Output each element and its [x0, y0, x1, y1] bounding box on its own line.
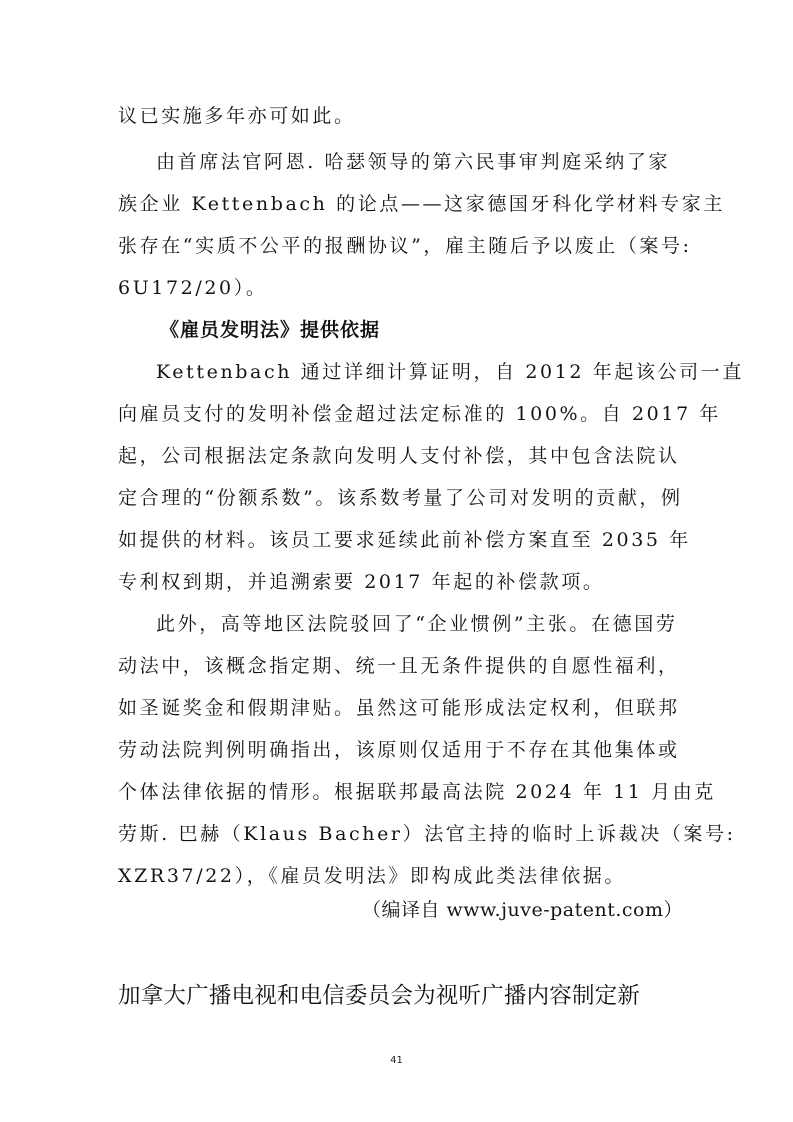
document-page: 议已实施多年亦可如此。 由首席法官阿恩. 哈瑟领导的第六民事审判庭采纳了家 族企… — [0, 0, 793, 1122]
paragraph-line: 专利权到期，并追溯索要 2017 年起的补偿款项。 — [118, 569, 686, 595]
paragraph-line: 此外，高等地区法院驳回了“企业惯例”主张。在德国劳 — [156, 611, 686, 637]
paragraph-line: Kettenbach 通过详细计算证明，自 2012 年起该公司一直 — [156, 359, 686, 385]
paragraph-line: 向雇员支付的发明补偿金超过法定标准的 100%。自 2017 年 — [118, 401, 686, 427]
paragraph-line: 如圣诞奖金和假期津贴。虽然这可能形成法定权利，但联邦 — [118, 695, 686, 721]
paragraph-line: 劳斯. 巴赫（Klaus Bacher）法官主持的临时上诉裁决（案号: — [118, 821, 686, 847]
paragraph-line: 族企业 Kettenbach 的论点——这家德国牙科化学材料专家主 — [118, 191, 686, 217]
paragraph-line: 议已实施多年亦可如此。 — [118, 103, 686, 129]
paragraph-line: 6U172/20）。 — [118, 275, 686, 301]
paragraph-line: XZR37/22），《雇员发明法》即构成此类法律依据。 — [118, 863, 686, 889]
page-number: 41 — [0, 1055, 793, 1066]
next-article-title: 加拿大广播电视和电信委员会为视听广播内容制定新 — [118, 981, 640, 1011]
source-note: （编译自 www.juve-patent.com） — [362, 897, 683, 923]
paragraph-line: 个体法律依据的情形。根据联邦最高法院 2024 年 11 月由克 — [118, 779, 686, 805]
paragraph-line: 如提供的材料。该员工要求延续此前补偿方案直至 2035 年 — [118, 527, 686, 553]
paragraph-line: 起，公司根据法定条款向发明人支付补偿，其中包含法院认 — [118, 443, 686, 469]
section-subheading: 《雇员发明法》提供依据 — [160, 317, 380, 343]
paragraph-line: 定合理的“份额系数”。该系数考量了公司对发明的贡献，例 — [118, 485, 686, 511]
paragraph-line: 劳动法院判例明确指出，该原则仅适用于不存在其他集体或 — [118, 737, 686, 763]
paragraph-line: 张存在“实质不公平的报酬协议”，雇主随后予以废止（案号: — [118, 233, 686, 259]
paragraph-line: 动法中，该概念指定期、统一且无条件提供的自愿性福利， — [118, 653, 686, 679]
paragraph-line: 由首席法官阿恩. 哈瑟领导的第六民事审判庭采纳了家 — [156, 149, 686, 175]
